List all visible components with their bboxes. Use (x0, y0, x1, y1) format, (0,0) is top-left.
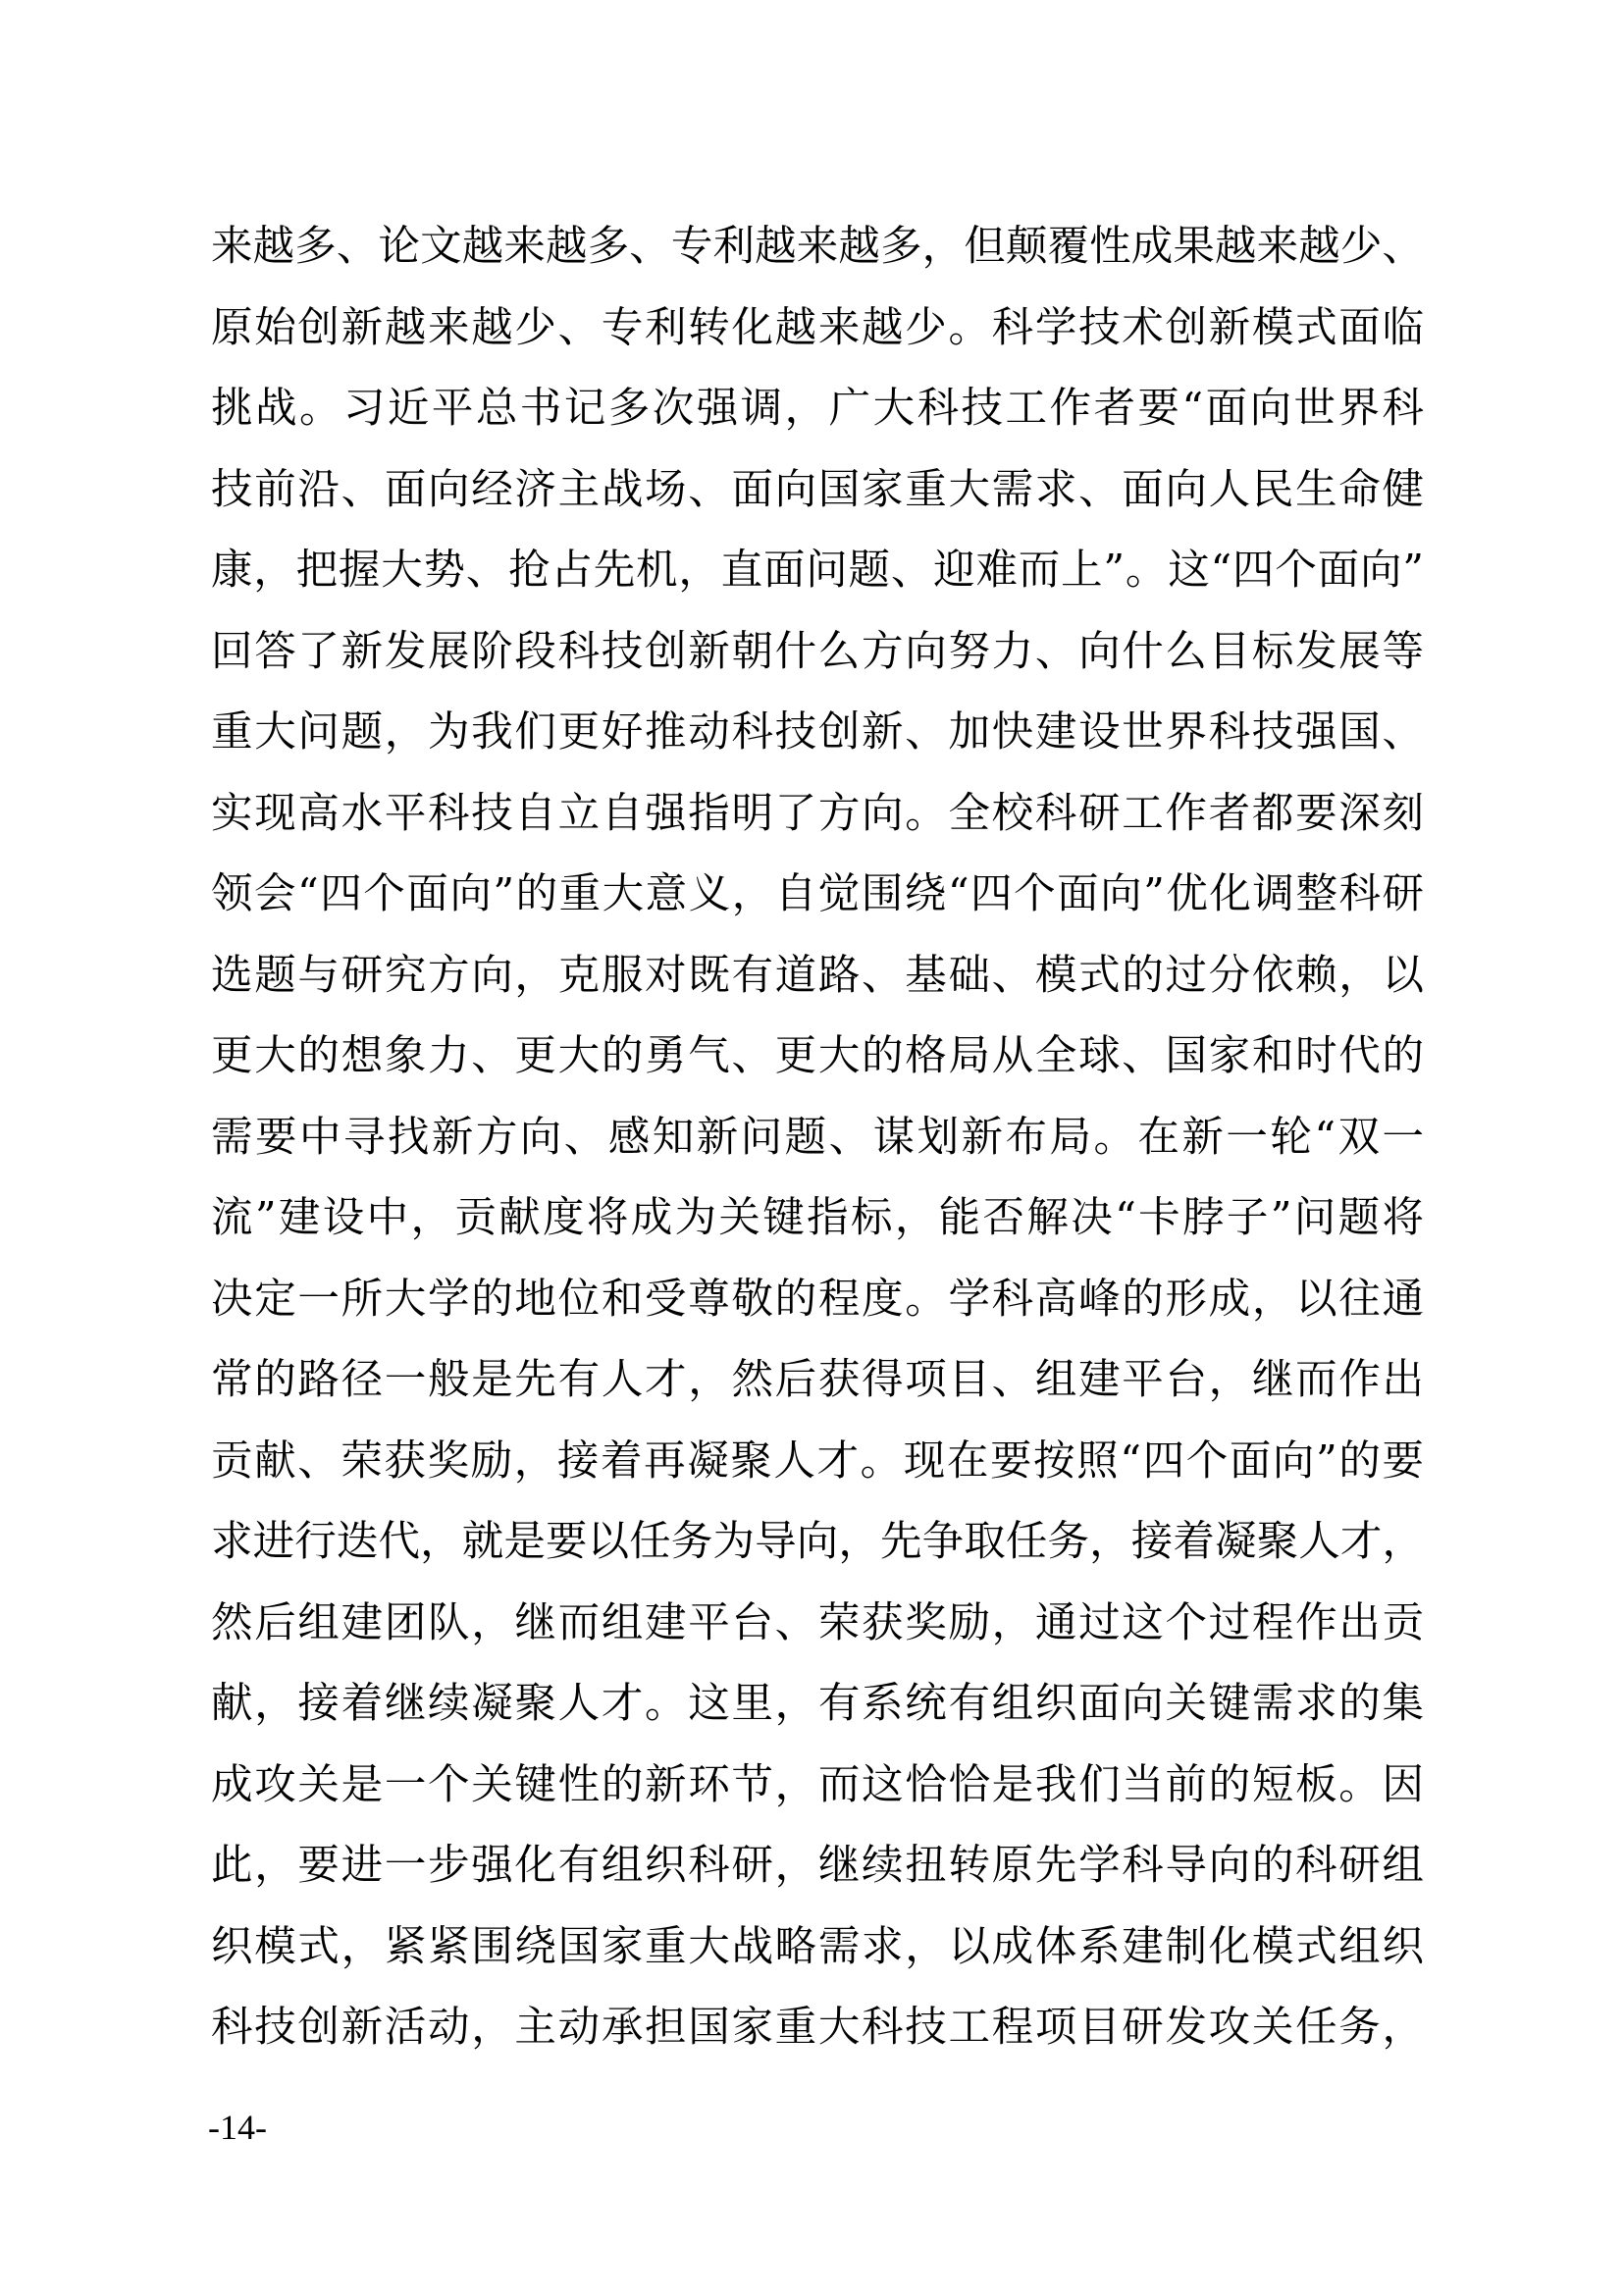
text-line: 成攻关是一个关键性的新环节，而这恰恰是我们当前的短板。因 (211, 1758, 1424, 1840)
text-line: 贡献、荣获奖励，接着再凝聚人才。现在要按照“四个面向”的要 (211, 1435, 1424, 1516)
text-line: 常的路径一般是先有人才，然后获得项目、组建平台，继而作出 (211, 1353, 1424, 1435)
text-line: 技前沿、面向经济主战场、面向国家重大需求、面向人民生命健 (211, 463, 1424, 545)
text-line: 然后组建团队，继而组建平台、荣获奖励，通过这个过程作出贡 (211, 1596, 1424, 1678)
page-number: -14- (208, 2108, 267, 2147)
text-line: 科技创新活动，主动承担国家重大科技工程项目研发攻关任务， (211, 2001, 1424, 2082)
text-line: 需要中寻找新方向、感知新问题、谋划新布局。在新一轮“双一 (211, 1111, 1424, 1192)
body-paragraph: 来越多、论文越来越多、专利越来越多，但颠覆性成果越来越少、 原始创新越来越少、专… (211, 220, 1424, 2082)
text-line: 更大的想象力、更大的勇气、更大的格局从全球、国家和时代的 (211, 1029, 1424, 1111)
text-line: 原始创新越来越少、专利转化越来越少。科学技术创新模式面临 (211, 301, 1424, 383)
text-line: 实现高水平科技自立自强指明了方向。全校科研工作者都要深刻 (211, 787, 1424, 868)
text-line: 挑战。习近平总书记多次强调，广大科技工作者要“面向世界科 (211, 382, 1424, 463)
text-line: 领会“四个面向”的重大意义，自觉围绕“四个面向”优化调整科研 (211, 867, 1424, 949)
text-line: 选题与研究方向，克服对既有道路、基础、模式的过分依赖，以 (211, 949, 1424, 1030)
text-line: 来越多、论文越来越多、专利越来越多，但颠覆性成果越来越少、 (211, 220, 1424, 301)
text-line: 康，把握大势、抢占先机，直面问题、迎难而上”。这“四个面向” (211, 544, 1424, 625)
text-line: 决定一所大学的地位和受尊敬的程度。学科高峰的形成，以往通 (211, 1273, 1424, 1354)
text-line: 重大问题，为我们更好推动科技创新、加快建设世界科技强国、 (211, 705, 1424, 787)
text-line: 求进行迭代，就是要以任务为导向，先争取任务，接着凝聚人才， (211, 1515, 1424, 1596)
text-line: 此，要进一步强化有组织科研，继续扭转原先学科导向的科研组 (211, 1839, 1424, 1920)
text-line: 流”建设中，贡献度将成为关键指标，能否解决“卡脖子”问题将 (211, 1191, 1424, 1273)
document-page: 来越多、论文越来越多、专利越来越多，但颠覆性成果越来越少、 原始创新越来越少、专… (0, 0, 1624, 2296)
text-line: 献，接着继续凝聚人才。这里，有系统有组织面向关键需求的集 (211, 1677, 1424, 1758)
text-line: 回答了新发展阶段科技创新朝什么方向努力、向什么目标发展等 (211, 625, 1424, 706)
text-line: 织模式，紧紧围绕国家重大战略需求，以成体系建制化模式组织 (211, 1920, 1424, 2002)
